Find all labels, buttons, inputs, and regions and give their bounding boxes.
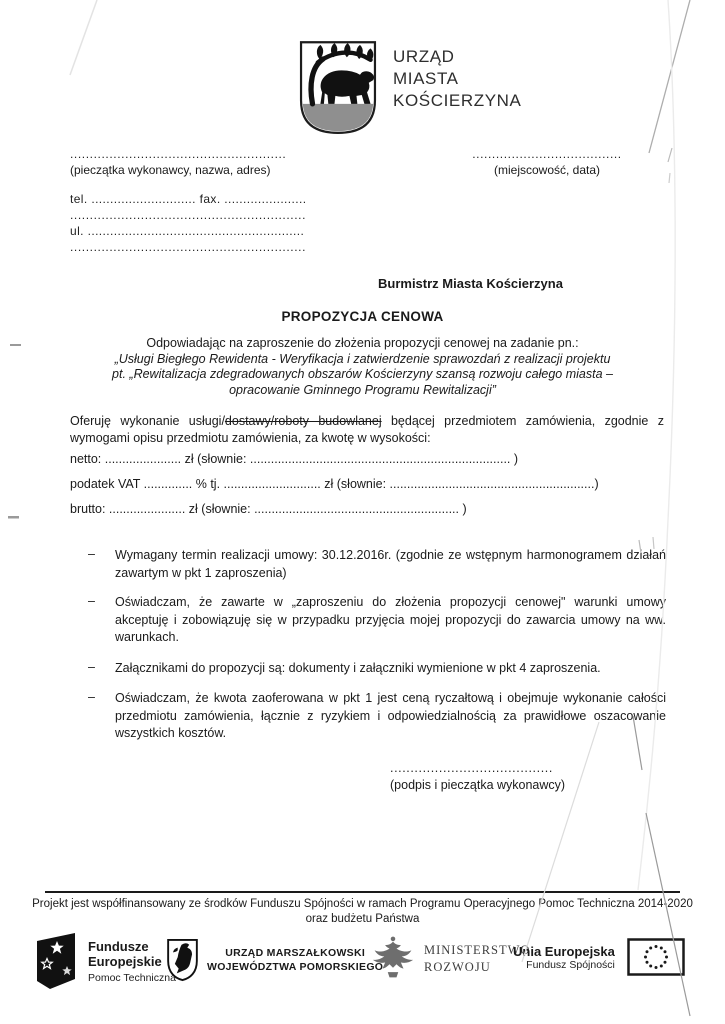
logo-text-line: Pomoc Techniczna	[88, 972, 176, 984]
place-date-label: (miejscowość, data)	[494, 163, 600, 177]
tel-fax-line: tel. ............................ fax. .…	[70, 191, 305, 207]
list-item: – Załącznikami do propozycji są: dokumen…	[88, 660, 666, 678]
signature-dotted-line: ........................................	[390, 760, 565, 777]
logo-text-line: Europejskie	[88, 954, 176, 969]
offer-paragraph: Oferuję wykonanie usługi/dostawy/roboty …	[70, 413, 664, 447]
org-name-line: URZĄD	[393, 46, 521, 68]
stamp-dotted-line: ........................................…	[70, 146, 305, 162]
task-name-line: pt. „Rewitalizacja zdegradowanych obszar…	[0, 367, 725, 383]
offer-text-struck: dostawy/roboty budowlanej	[225, 414, 382, 428]
offer-text-pre: Oferuję wykonanie usługi/	[70, 414, 225, 428]
logo-text-line: WOJEWÓDZTWA POMORSKIEGO	[207, 960, 383, 974]
org-name: URZĄD MIASTA KOŚCIERZYNA	[393, 46, 521, 112]
price-netto-line: netto: ...................... zł (słowni…	[70, 447, 680, 472]
declarations-list: – Wymagany termin realizacji umowy: 30.1…	[88, 547, 666, 754]
eu-flag-icon	[627, 938, 685, 976]
price-block: netto: ...................... zł (słowni…	[70, 447, 680, 522]
list-item: – Wymagany termin realizacji umowy: 30.1…	[88, 547, 666, 582]
list-item-text: Oświadczam, że kwota zaoferowana w pkt 1…	[115, 690, 666, 743]
list-item: – Oświadczam, że zawarte w „zaproszeniu …	[88, 594, 666, 647]
dash-marker: –	[88, 660, 115, 678]
urzad-marszalkowski-text: URZĄD MARSZAŁKOWSKI WOJEWÓDZTWA POMORSKI…	[207, 946, 383, 974]
footer-divider	[45, 891, 680, 893]
intro-lead: Odpowiadając na zaproszenie do złożenia …	[0, 336, 725, 352]
dash-marker: –	[88, 690, 115, 743]
polish-eagle-icon	[372, 934, 414, 984]
list-item-text: Oświadczam, że zawarte w „zaproszeniu do…	[115, 594, 666, 647]
logo-text-line: Unia Europejska	[513, 944, 615, 959]
signature-label: (podpis i pieczątka wykonawcy)	[390, 778, 565, 792]
task-name-line: opracowanie Gminnego Programu Rewitaliza…	[0, 383, 725, 399]
logo-text-line: Fundusz Spójności	[513, 959, 615, 971]
funding-note: Projekt jest współfinansowany ze środków…	[0, 897, 725, 927]
fundusze-europejskie-text: Fundusze Europejskie Pomoc Techniczna	[88, 939, 176, 984]
task-name-line: „Usługi Biegłego Rewidenta - Weryfikacja…	[0, 352, 725, 368]
list-item: – Oświadczam, że kwota zaoferowana w pkt…	[88, 690, 666, 743]
dotted-line: ........................................…	[70, 207, 305, 223]
signature-block: ........................................…	[390, 760, 565, 794]
pomorskie-griffin-shield-icon	[166, 938, 199, 982]
logo-text-line: Fundusze	[88, 939, 176, 954]
document-page: URZĄD MIASTA KOŚCIERZYNA ...............…	[0, 0, 725, 1024]
koscierzyna-coat-of-arms-icon	[294, 38, 382, 138]
stamp-label: (pieczątka wykonawcy, nazwa, adres)	[70, 163, 271, 177]
place-date-block: ...................................... (…	[462, 146, 632, 178]
logo-fundusze-europejskie: Fundusze Europejskie Pomoc Techniczna	[33, 931, 176, 991]
dotted-line: ........................................…	[70, 239, 305, 255]
org-name-line: MIASTA	[393, 68, 521, 90]
dash-marker: –	[88, 594, 115, 647]
logo-unia-europejska: Unia Europejska Fundusz Spójności	[513, 938, 685, 976]
price-brutto-line: brutto: ...................... zł (słown…	[70, 497, 680, 522]
list-item-text: Wymagany termin realizacji umowy: 30.12.…	[115, 547, 666, 582]
document-title: PROPOZYCJA CENOWA	[0, 309, 725, 324]
place-date-dotted-line: ......................................	[462, 146, 632, 162]
logo-ministerstwo-rozwoju: MINISTERSTWO ROZWOJU	[372, 934, 530, 984]
funding-note-line: oraz budżetu Państwa	[0, 912, 725, 927]
logo-text-line: URZĄD MARSZAŁKOWSKI	[207, 946, 383, 960]
logo-urzad-marszalkowski: URZĄD MARSZAŁKOWSKI WOJEWÓDZTWA POMORSKI…	[166, 938, 383, 982]
recipient-title: Burmistrz Miasta Kościerzyna	[378, 276, 563, 291]
street-line: ul. ....................................…	[70, 223, 305, 239]
org-name-line: KOŚCIERZYNA	[393, 90, 521, 112]
contractor-stamp-block: ........................................…	[70, 146, 305, 255]
dash-marker: –	[88, 547, 115, 582]
unia-europejska-text: Unia Europejska Fundusz Spójności	[513, 944, 615, 971]
funding-note-line: Projekt jest współfinansowany ze środków…	[0, 897, 725, 912]
price-vat-line: podatek VAT .............. % tj. .......…	[70, 472, 680, 497]
intro-paragraph: Odpowiadając na zaproszenie do złożenia …	[0, 336, 725, 398]
list-item-text: Załącznikami do propozycji są: dokumenty…	[115, 660, 666, 678]
fundusze-europejskie-flag-icon	[33, 931, 79, 991]
